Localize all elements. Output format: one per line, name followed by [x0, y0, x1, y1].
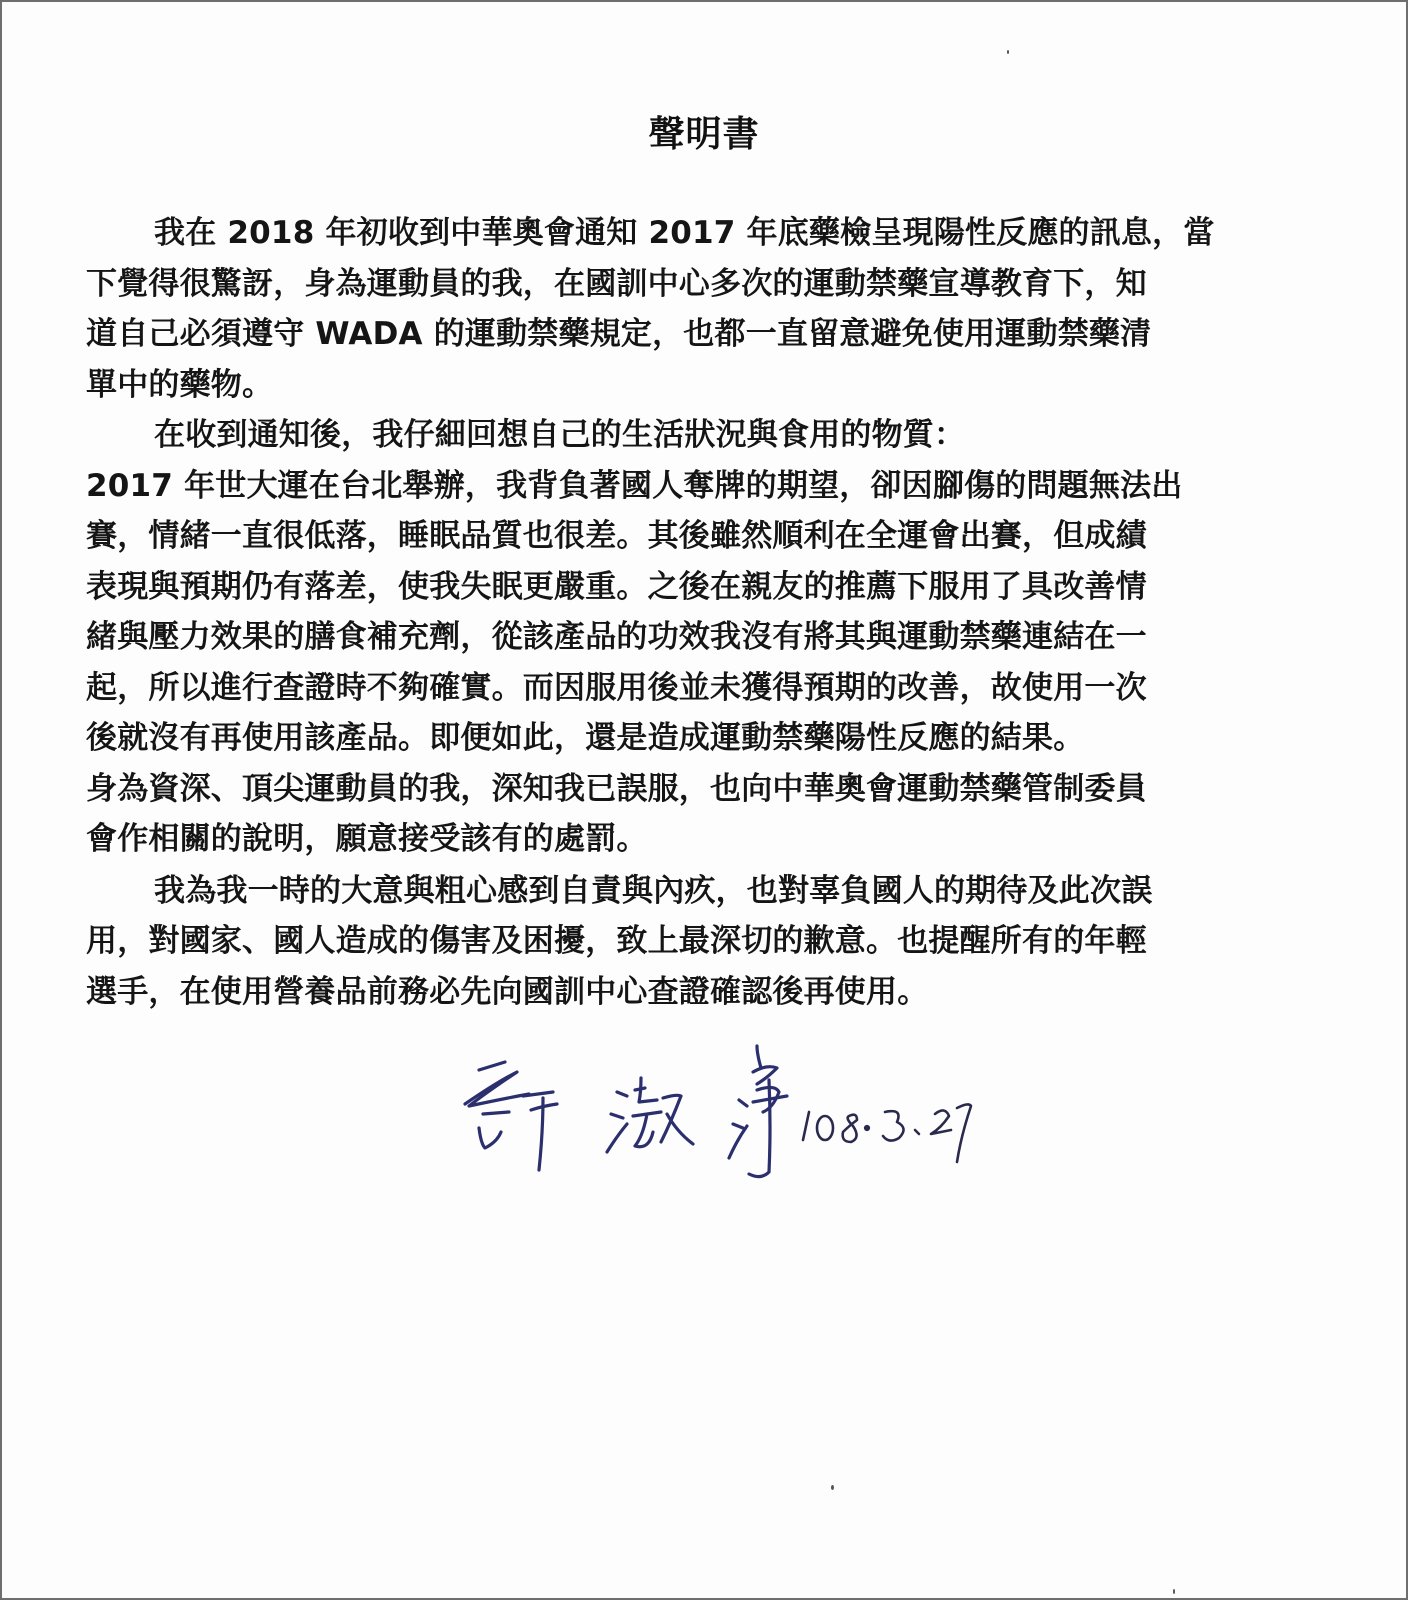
scan-speck [1007, 50, 1009, 54]
paragraph-1-line-4: 單中的藥物。 [86, 360, 1316, 411]
paragraph-5-line-1: 我為我一時的大意與粗心感到自責與內疚，也對辜負國人的期待及此次誤 [86, 866, 1316, 917]
handwritten-signature [457, 1032, 997, 1182]
paragraph-4-line-1: 身為資深、頂尖運動員的我，深知我已誤服，也向中華奧會運動禁藥管制委員 [86, 764, 1316, 815]
paragraph-1-line-1: 我在 2018 年初收到中華奧會通知 2017 年底藥檢呈現陽性反應的訊息，當 [86, 208, 1316, 259]
paragraph-1-line-2: 下覺得很驚訝，身為運動員的我，在國訓中心多次的運動禁藥宣導教育下，知 [86, 259, 1316, 310]
paragraph-3-line-3: 表現與預期仍有落差，使我失眠更嚴重。之後在親友的推薦下服用了具改善情 [86, 562, 1316, 613]
document-title: 聲明書 [2, 106, 1406, 157]
scan-speck [831, 1485, 834, 1490]
document-page: 聲明書 我在 2018 年初收到中華奧會通知 2017 年底藥檢呈現陽性反應的訊… [0, 0, 1408, 1600]
paragraph-2-line-1: 在收到通知後，我仔細回想自己的生活狀況與食用的物質： [86, 410, 1316, 461]
scan-speck [1173, 1589, 1175, 1594]
paragraph-3-line-6: 後就沒有再使用該產品。即便如此，還是造成運動禁藥陽性反應的結果。 [86, 713, 1316, 764]
paragraph-3-line-4: 緒與壓力效果的膳食補充劑，從該產品的功效我沒有將其與運動禁藥連結在一 [86, 612, 1316, 663]
paragraph-3-line-2: 賽，情緒一直很低落，睡眠品質也很差。其後雖然順利在全運會出賽，但成績 [86, 511, 1316, 562]
paragraph-5-line-3: 選手，在使用營養品前務必先向國訓中心查證確認後再使用。 [86, 967, 1316, 1018]
signature-name-strokes [457, 1032, 997, 1182]
paragraph-5-line-2: 用，對國家、國人造成的傷害及困擾，致上最深切的歉意。也提醒所有的年輕 [86, 916, 1316, 967]
paragraph-3-line-1: 2017 年世大運在台北舉辦，我背負著國人奪牌的期望，卻因腳傷的問題無法出 [86, 461, 1316, 512]
statement-body: 我在 2018 年初收到中華奧會通知 2017 年底藥檢呈現陽性反應的訊息，當 … [86, 208, 1316, 1017]
paragraph-1-line-3: 道自己必須遵守 WADA 的運動禁藥規定，也都一直留意避免使用運動禁藥清 [86, 309, 1316, 360]
paragraph-4-line-2: 會作相關的說明，願意接受該有的處罰。 [86, 814, 1316, 865]
paragraph-3-line-5: 起，所以進行查證時不夠確實。而因服用後並未獲得預期的改善，故使用一次 [86, 663, 1316, 714]
